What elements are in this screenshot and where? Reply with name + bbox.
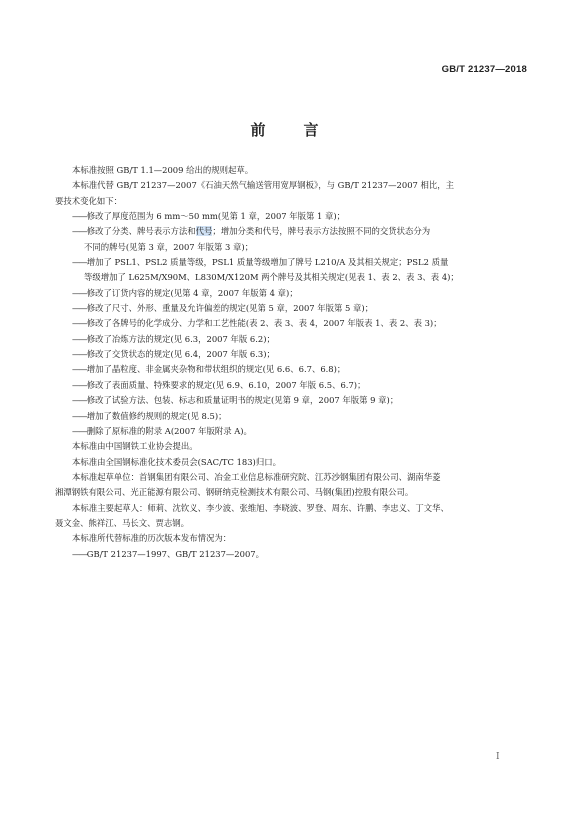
- change-item: ——增加了 PSL1、PSL2 质量等级，PSL1 质量等级增加了牌号 L210…: [55, 255, 517, 270]
- paragraph-drafting-units-line1: 本标准起草单位：首钢集团有限公司、冶金工业信息标准研究院、江苏沙钢集团有限公司、…: [55, 470, 517, 485]
- history-item: ——GB/T 21237—1997、GB/T 21237—2007。: [55, 547, 517, 562]
- change-item: ——修改了分类、牌号表示方法和代号；增加分类和代号，牌号表示方法按照不同的交货状…: [55, 224, 517, 239]
- paragraph-replaces-line2: 要技术变化如下：: [55, 194, 517, 209]
- change-item: ——增加了晶粒度、非金属夹杂物和带状组织的规定(见 6.6、6.7、6.8)；: [55, 362, 517, 377]
- page-number: I: [496, 752, 500, 762]
- change-item-continuation: 等级增加了 L625M/X90M、L830M/X120M 两个牌号及其相关规定(…: [55, 270, 517, 285]
- paragraph-history-intro: 本标准所代替标准的历次版本发布情况为：: [55, 531, 517, 546]
- paragraph-drafting-units-line2: 湘潭钢铁有限公司、光正能源有限公司、钢研纳克检测技术有限公司、马钢(集团)控股有…: [55, 485, 517, 500]
- paragraph-drafters-line2: 聂文金、熊祥江、马长文、贾志钢。: [55, 516, 517, 531]
- paragraph-drafters-line1: 本标准主要起草人：师莉、沈钦义、李少波、张维旭、李晓波、罗登、周东、许鹏、李忠义…: [55, 501, 517, 516]
- title-char-2: 言: [304, 121, 319, 139]
- change-item: ——增加了数值修约规则的规定(见 8.5)；: [55, 409, 517, 424]
- standard-code: GB/T 21237—2018: [442, 64, 527, 75]
- text-selection[interactable]: 代号: [196, 226, 213, 236]
- change-item: ——修改了订货内容的规定(见第 4 章，2007 年版第 4 章)；: [55, 286, 517, 301]
- change-item: ——修改了冶炼方法的规定(见 6.3，2007 年版 6.2)；: [55, 332, 517, 347]
- change-item: ——修改了尺寸、外形、重量及允许偏差的规定(见第 5 章，2007 年版第 5 …: [55, 301, 517, 316]
- change-item: ——修改了表面质量、特殊要求的规定(见 6.9、6.10，2007 年版 6.5…: [55, 378, 517, 393]
- change-item: ——修改了各牌号的化学成分、力学和工艺性能(表 2、表 3、表 4，2007 年…: [55, 316, 517, 331]
- change-item: ——修改了厚度范围为 6 mm～50 mm(见第 1 章，2007 年版第 1 …: [55, 209, 517, 224]
- paragraph-proposed-by: 本标准由中国钢铁工业协会提出。: [55, 439, 517, 454]
- foreword-body: 本标准按照 GB/T 1.1—2009 给出的规则起草。 本标准代替 GB/T …: [55, 163, 517, 562]
- paragraph-replaces-line1: 本标准代替 GB/T 21237—2007《石油天然气输送管用宽厚钢板》，与 G…: [55, 178, 517, 193]
- change-item: ——修改了交货状态的规定(见 6.4，2007 年版 6.3)；: [55, 347, 517, 362]
- document-page: GB/T 21237—2018 前言 本标准按照 GB/T 1.1—2009 给…: [0, 0, 569, 815]
- change-item: ——删除了原标准的附录 A(2007 年版附录 A)。: [55, 424, 517, 439]
- title-char-1: 前: [250, 121, 265, 139]
- page-title: 前言: [0, 119, 569, 140]
- change-item: ——修改了试验方法、包装、标志和质量证明书的规定(见第 9 章，2007 年版第…: [55, 393, 517, 408]
- paragraph-centralized-by: 本标准由全国钢标准化技术委员会(SAC/TC 183)归口。: [55, 455, 517, 470]
- change-item-continuation: 不同的牌号(见第 3 章，2007 年版第 3 章)；: [55, 240, 517, 255]
- paragraph-drafting-rules: 本标准按照 GB/T 1.1—2009 给出的规则起草。: [55, 163, 517, 178]
